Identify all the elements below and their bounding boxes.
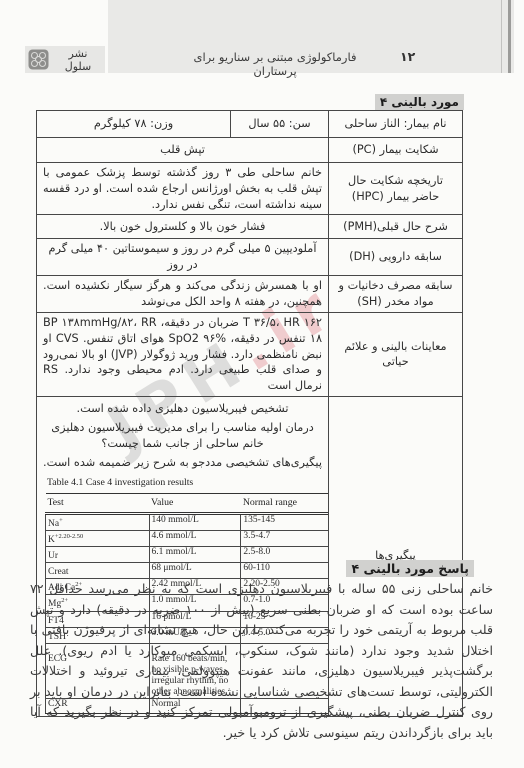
dh-value-cell: آملودیپین ۵ میلی گرم در روز و سیموستاتین… — [37, 239, 329, 276]
inv-range: 2.5-8.0 — [241, 546, 329, 562]
diagnosis-line: تشخیص فیبریلاسیون دهلیزی داده شده است. — [43, 401, 322, 417]
col-header-value: Value — [149, 493, 241, 513]
table-row: سابقه مصرف دخانیات و مواد مخدر (SH) او ب… — [37, 275, 463, 312]
table-row: شکایت بیمار (PC) تپش قلب — [37, 138, 463, 163]
col-header-test: Test — [46, 493, 150, 513]
inv-test: Ur — [46, 546, 150, 562]
hpc-value-cell: خانم ساحلی طی ۳ روز گذشته توسط پزشک عموم… — [37, 163, 329, 215]
page-number: ۱۲ — [400, 49, 415, 64]
investigations-table-title: Table 4.1 Case 4 investigation results — [47, 475, 320, 491]
inv-value: 140 mmol/L — [149, 513, 241, 530]
pc-value-cell: تپش قلب — [37, 138, 329, 163]
table-row: سابقه دارویی (DH) آملودیپین ۵ میلی گرم د… — [37, 239, 463, 276]
table-row: Creat 68 μmol/L 60-110 — [46, 563, 329, 579]
inv-range: 135-145 — [241, 513, 329, 530]
patient-name-cell: نام بیمار: الناز ساحلی — [329, 111, 463, 138]
inv-value: 68 μmol/L — [149, 563, 241, 579]
scan-spine-line-faint — [501, 0, 502, 73]
hpc-label-cell: تاریخچه شکایت حال حاضر بیمار (HPC) — [329, 163, 463, 215]
table-row: Ur 6.1 mmol/L 2.5-8.0 — [46, 546, 329, 562]
inv-value: 6.1 mmol/L — [149, 546, 241, 562]
followups-note-line: پیگیری‌های تشخیصی مددجو به شرح زیر ضمیمه… — [43, 455, 322, 471]
inv-value: 4.6 mmol/L — [149, 530, 241, 546]
col-header-range: Normal range — [241, 493, 329, 513]
answer-paragraph: خانم ساحلی زنی ۵۵ ساله با فیبریلاسیون ده… — [30, 579, 493, 743]
answer-heading: پاسخ مورد بالینی ۴ — [346, 560, 474, 577]
case-heading: مورد بالینی ۴ — [375, 94, 464, 110]
book-title: فارماکولوژی مبتنی بر سناریو برای پرستارا… — [186, 50, 364, 78]
publisher-badge: نشر سلول — [25, 46, 105, 73]
table-row: معاینات بالینی و علائم حیاتی T ۳۶/۵، HR … — [37, 312, 463, 396]
table-row: Na+ 140 mmol/L 135-145 — [46, 513, 329, 530]
table-row: K+2.20-2.50 4.6 mmol/L 3.5-4.7 — [46, 530, 329, 546]
scanned-book-page: JPH.ir فارماکولوژی مبتنی بر سناریو برای … — [0, 0, 524, 768]
table-row: نام بیمار: الناز ساحلی سن: ۵۵ سال وزن: ۷… — [37, 111, 463, 138]
inv-range: 3.5-4.7 — [241, 530, 329, 546]
sh-label-cell: سابقه مصرف دخانیات و مواد مخدر (SH) — [329, 275, 463, 312]
sh-value-cell: او با همسرش زندگی می‌کند و هرگز سیگار نک… — [37, 275, 329, 312]
table-row: تاریخچه شکایت حال حاضر بیمار (HPC) خانم … — [37, 163, 463, 215]
pmh-value-cell: فشار خون بالا و کلسترول خون بالا. — [37, 215, 329, 239]
patient-age-cell: سن: ۵۵ سال — [231, 111, 329, 138]
publisher-name: نشر سلول — [54, 47, 102, 73]
investigations-header-row: Test Value Normal range — [46, 493, 329, 513]
question-line: درمان اولیه مناسب را برای مدیریت فیبریلا… — [43, 420, 322, 452]
inv-test: K+2.20-2.50 — [46, 530, 150, 546]
page-header-bar: فارماکولوژی مبتنی بر سناریو برای پرستارا… — [108, 0, 514, 73]
inv-test: Na+ — [46, 513, 150, 530]
patient-weight-cell: وزن: ۷۸ کیلوگرم — [37, 111, 231, 138]
table-row: شرح حال قبلی(PMH) فشار خون بالا و کلسترو… — [37, 215, 463, 239]
inv-test: Creat — [46, 563, 150, 579]
publisher-cell-logo-icon — [28, 49, 49, 70]
pc-label-cell: شکایت بیمار (PC) — [329, 138, 463, 163]
exam-value-cell: T ۳۶/۵، HR ۱۶۲ ضربان در دقیقه، BP ۱۳۸mmH… — [37, 312, 329, 396]
pmh-label-cell: شرح حال قبلی(PMH) — [329, 215, 463, 239]
exam-label-cell: معاینات بالینی و علائم حیاتی — [329, 312, 463, 396]
scan-spine-line — [508, 0, 511, 73]
inv-range: 60-110 — [241, 563, 329, 579]
dh-label-cell: سابقه دارویی (DH) — [329, 239, 463, 276]
